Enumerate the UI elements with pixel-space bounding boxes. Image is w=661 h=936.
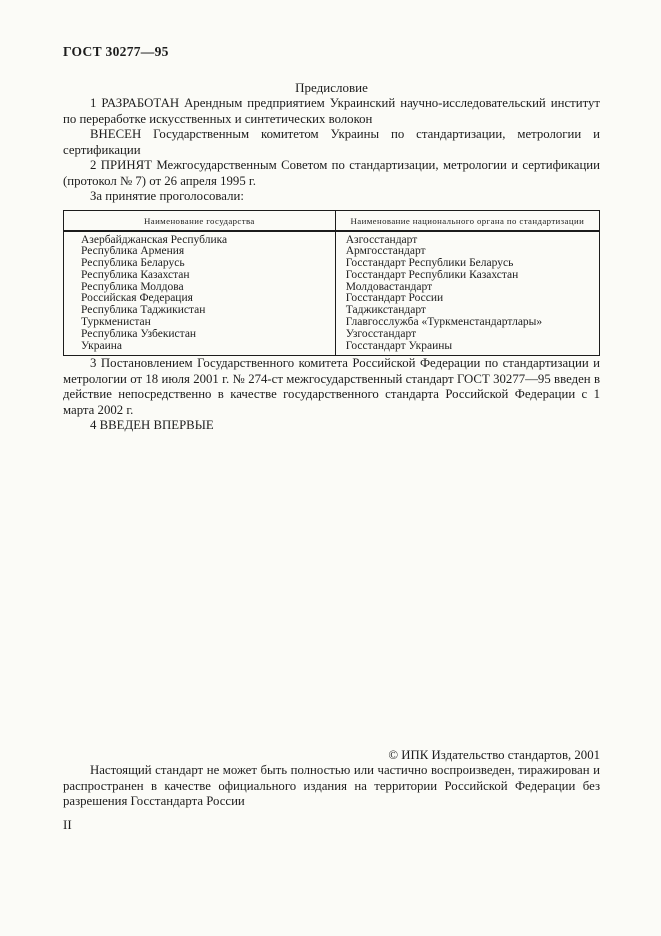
table-row: Украина Госстандарт Украины [64,341,600,356]
column-header-body: Наименование национального органа по ста… [335,210,599,231]
page-number: II [63,817,600,833]
state-cell: Республика Таджикистан [64,305,336,317]
document-page: ГОСТ 30277—95 Предисловие 1 РАЗРАБОТАН А… [0,0,661,936]
paragraph-decree: 3 Постановлением Государственного комите… [63,356,600,418]
state-cell: Туркменистан [64,317,336,329]
paragraph-voted-intro: За принятие проголосовали: [63,189,600,205]
org-cell: Армгосстандарт [335,246,599,258]
state-cell: Республика Молдова [64,282,336,294]
state-cell: Азербайджанская Республика [64,231,336,247]
org-cell: Таджикстандарт [335,305,599,317]
state-cell: Республика Казахстан [64,270,336,282]
paragraph-adopted: 2 ПРИНЯТ Межгосударственным Советом по с… [63,158,600,189]
copyright-line: © ИПК Издательство стандартов, 2001 [63,748,600,763]
state-cell: Российская Федерация [64,293,336,305]
org-cell: Главгосслужба «Туркменстандартлары» [335,317,599,329]
page-title: Предисловие [63,80,600,96]
table-row: Республика Таджикистан Таджикстандарт [64,305,600,317]
paragraph-submitted: ВНЕСЕН Государственным комитетом Украины… [63,127,600,158]
org-cell: Госстандарт России [335,293,599,305]
table-header-row: Наименование государства Наименование на… [64,210,600,231]
paragraph-introduced: 4 ВВЕДЕН ВПЕРВЫЕ [63,418,600,434]
column-header-state: Наименование государства [64,210,336,231]
table-row: Республика Казахстан Госстандарт Республ… [64,270,600,282]
table-row: Республика Беларусь Госстандарт Республи… [64,258,600,270]
state-cell: Республика Узбекистан [64,329,336,341]
table-row: Республика Армения Армгосстандарт [64,246,600,258]
table-row: Российская Федерация Госстандарт России [64,293,600,305]
restriction-paragraph: Настоящий стандарт не может быть полност… [63,763,600,810]
table-row: Республика Молдова Молдовастандарт [64,282,600,294]
org-cell: Госстандарт Республики Казахстан [335,270,599,282]
table-row: Республика Узбекистан Узгосстандарт [64,329,600,341]
org-cell: Госстандарт Республики Беларусь [335,258,599,270]
org-cell: Молдовастандарт [335,282,599,294]
document-code: ГОСТ 30277—95 [63,44,600,60]
org-cell: Госстандарт Украины [335,341,599,356]
state-cell: Украина [64,341,336,356]
state-cell: Республика Армения [64,246,336,258]
table-row: Туркменистан Главгосслужба «Туркменстанд… [64,317,600,329]
voting-table: Наименование государства Наименование на… [63,210,600,357]
paragraph-developed: 1 РАЗРАБОТАН Арендным предприятием Украи… [63,96,600,127]
state-cell: Республика Беларусь [64,258,336,270]
footer-block: © ИПК Издательство стандартов, 2001 Наст… [63,748,600,833]
org-cell: Узгосстандарт [335,329,599,341]
table-row: Азербайджанская Республика Азгосстандарт [64,231,600,247]
org-cell: Азгосстандарт [335,231,599,247]
